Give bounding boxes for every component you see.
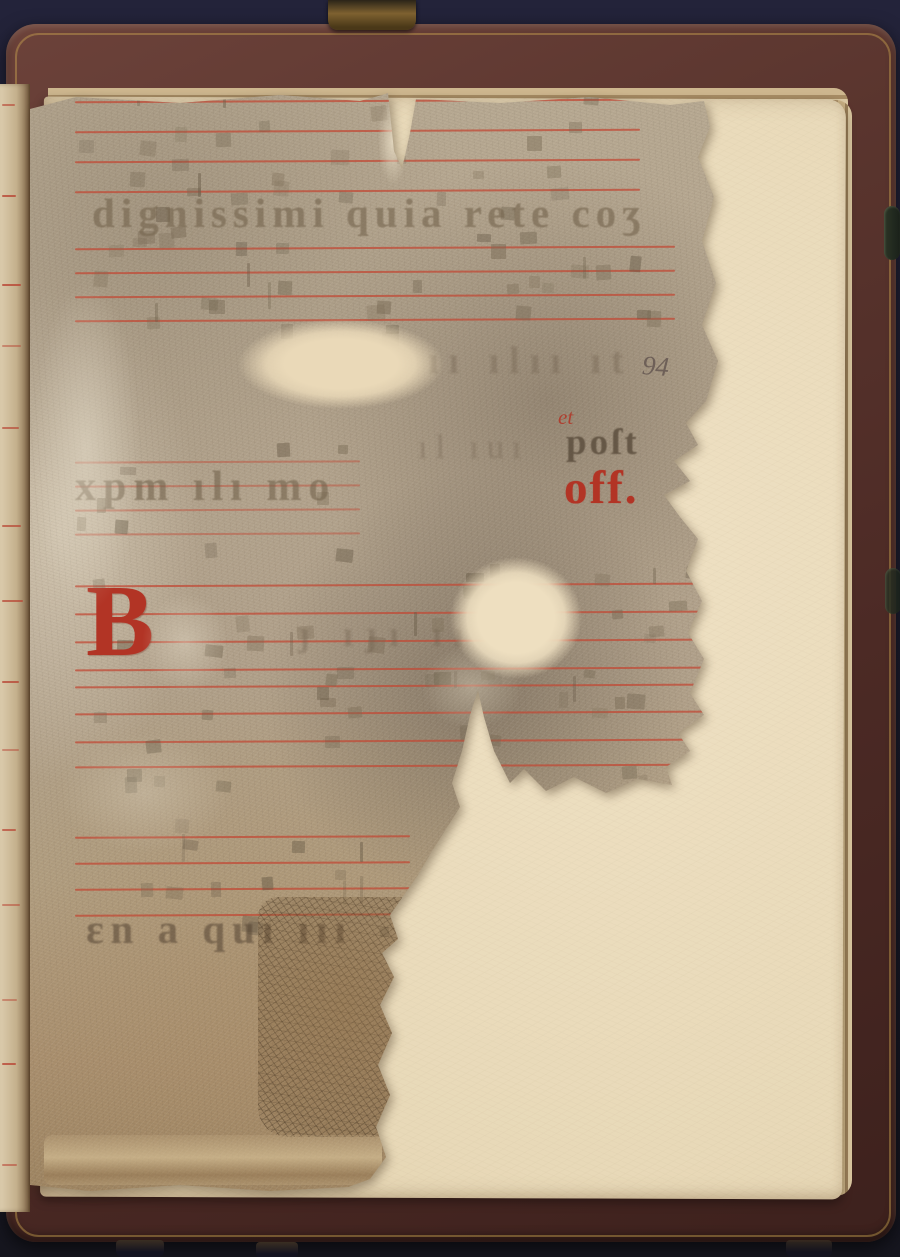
abrasion-mid-left [142, 593, 228, 693]
neume-square [646, 311, 661, 327]
neume-stem [247, 263, 250, 287]
neume-stem [573, 676, 576, 702]
neume-square [78, 140, 93, 153]
stub-staff-dash [2, 999, 17, 1001]
neume-square [506, 284, 518, 295]
folio-number: 94 [641, 350, 670, 383]
neume-square [488, 734, 502, 746]
neume-square [235, 616, 249, 633]
neume-stem [583, 257, 586, 279]
facing-leaf-gutter-stub [0, 84, 30, 1212]
neume-square [686, 566, 705, 580]
clasp-fitting-top [328, 0, 416, 30]
gutter-abrasion [32, 283, 140, 613]
neume-square [201, 710, 212, 720]
neume-square [622, 765, 638, 779]
clasp-remnant-right-lower [885, 568, 900, 614]
damaged-parchment-fragment: dignissimi quia rete coʒ ıı ılıı ıt et ı… [30, 93, 750, 1193]
neume-square [325, 674, 337, 687]
neume-square [473, 170, 484, 179]
text-line-faint-strokes: ıı ılıı ıt [428, 339, 634, 383]
neume-square [147, 317, 161, 330]
neume-square [262, 877, 274, 891]
neume-square [139, 140, 157, 157]
neume-square [527, 136, 543, 151]
neume-square [94, 712, 107, 723]
neume-square [140, 883, 153, 897]
stub-staff-dash [2, 195, 16, 197]
binding-foot-right [786, 1240, 832, 1257]
manuscript-photo: dignissimi quia rete coʒ ıı ılıı ıt et ı… [0, 0, 900, 1257]
neume-square [331, 149, 350, 165]
neume-square [584, 90, 600, 105]
neume-square [627, 693, 646, 709]
text-line-dignissimi: dignissimi quia rete coʒ [92, 189, 647, 237]
neume-square [568, 122, 581, 133]
neume-square [558, 692, 568, 708]
neume-square [413, 280, 423, 293]
neume-square [205, 542, 218, 558]
large-hole-upper [238, 319, 444, 409]
binding-foot-left [116, 1240, 164, 1257]
abrasion-below-hole [422, 645, 522, 729]
stub-staff-dash [2, 829, 16, 831]
neume-square [541, 282, 554, 292]
neume-square [334, 869, 346, 879]
neume-square [516, 305, 532, 321]
neume-square [337, 667, 354, 679]
neume-square [276, 243, 289, 254]
neume-square [584, 669, 596, 678]
neume-stem [268, 282, 271, 309]
neume-square [638, 774, 649, 790]
neume-square [277, 442, 291, 457]
clasp-remnant-right-upper [884, 206, 900, 260]
stub-staff-dash [2, 1063, 16, 1065]
neume-square [172, 159, 189, 171]
neume-square [292, 841, 306, 853]
top-tear-sliver [378, 97, 408, 185]
stub-staff-dash [2, 104, 15, 106]
neume-square [491, 244, 506, 259]
neume-stem [360, 842, 363, 862]
neume-square [317, 687, 329, 701]
neume-stem [290, 632, 293, 655]
neume-square [596, 265, 612, 281]
neume-square [377, 301, 392, 315]
neume-square [570, 264, 589, 278]
neume-square [93, 270, 108, 287]
fragment-bottom-fold-edge [44, 1135, 382, 1185]
stub-staff-dash [2, 600, 23, 602]
neume-square [236, 242, 247, 256]
neume-square [592, 708, 609, 719]
stub-staff-dash [2, 284, 21, 286]
stub-staff-dash [2, 525, 21, 527]
neume-square [669, 601, 687, 612]
neume-stem [155, 303, 158, 322]
neume-square [166, 887, 184, 900]
neume-square [629, 256, 641, 273]
neume-stem [223, 90, 226, 109]
neume-square [615, 697, 625, 709]
text-post: poſt [566, 421, 640, 464]
stub-staff-dash [2, 749, 19, 751]
stub-staff-dash [2, 904, 20, 906]
neume-square [216, 133, 232, 147]
neume-square [200, 297, 218, 310]
neume-square [336, 548, 354, 563]
neume-square [224, 668, 237, 679]
stub-staff-dash [2, 681, 19, 683]
stub-staff-dash [2, 1164, 17, 1166]
neume-square [210, 882, 221, 897]
neume-square [109, 245, 125, 258]
neume-square [325, 735, 340, 747]
neume-square [595, 574, 611, 587]
neume-square [258, 121, 270, 132]
stub-staff-dash [2, 345, 21, 347]
abrasion-lower-left [60, 733, 230, 853]
fragment-torn-outline: dignissimi quia rete coʒ ıı ılıı ıt et ı… [30, 93, 750, 1193]
binding-foot-center [256, 1242, 298, 1257]
neume-square [175, 127, 187, 142]
neume-stem [653, 568, 656, 584]
neume-square [611, 609, 623, 619]
text-mid-faint: ıl ıuı [418, 429, 529, 467]
neume-square [129, 172, 144, 188]
neume-square [644, 633, 657, 643]
neume-square [547, 165, 562, 177]
stub-staff-dash [2, 427, 19, 429]
rubric-offertory: off. [564, 461, 639, 515]
crackled-damage-area [258, 897, 434, 1137]
neume-square [247, 635, 265, 651]
neume-square [529, 276, 540, 288]
neume-square [399, 117, 410, 127]
neume-square [338, 445, 349, 454]
neume-square [278, 281, 293, 296]
neume-square [347, 706, 362, 719]
